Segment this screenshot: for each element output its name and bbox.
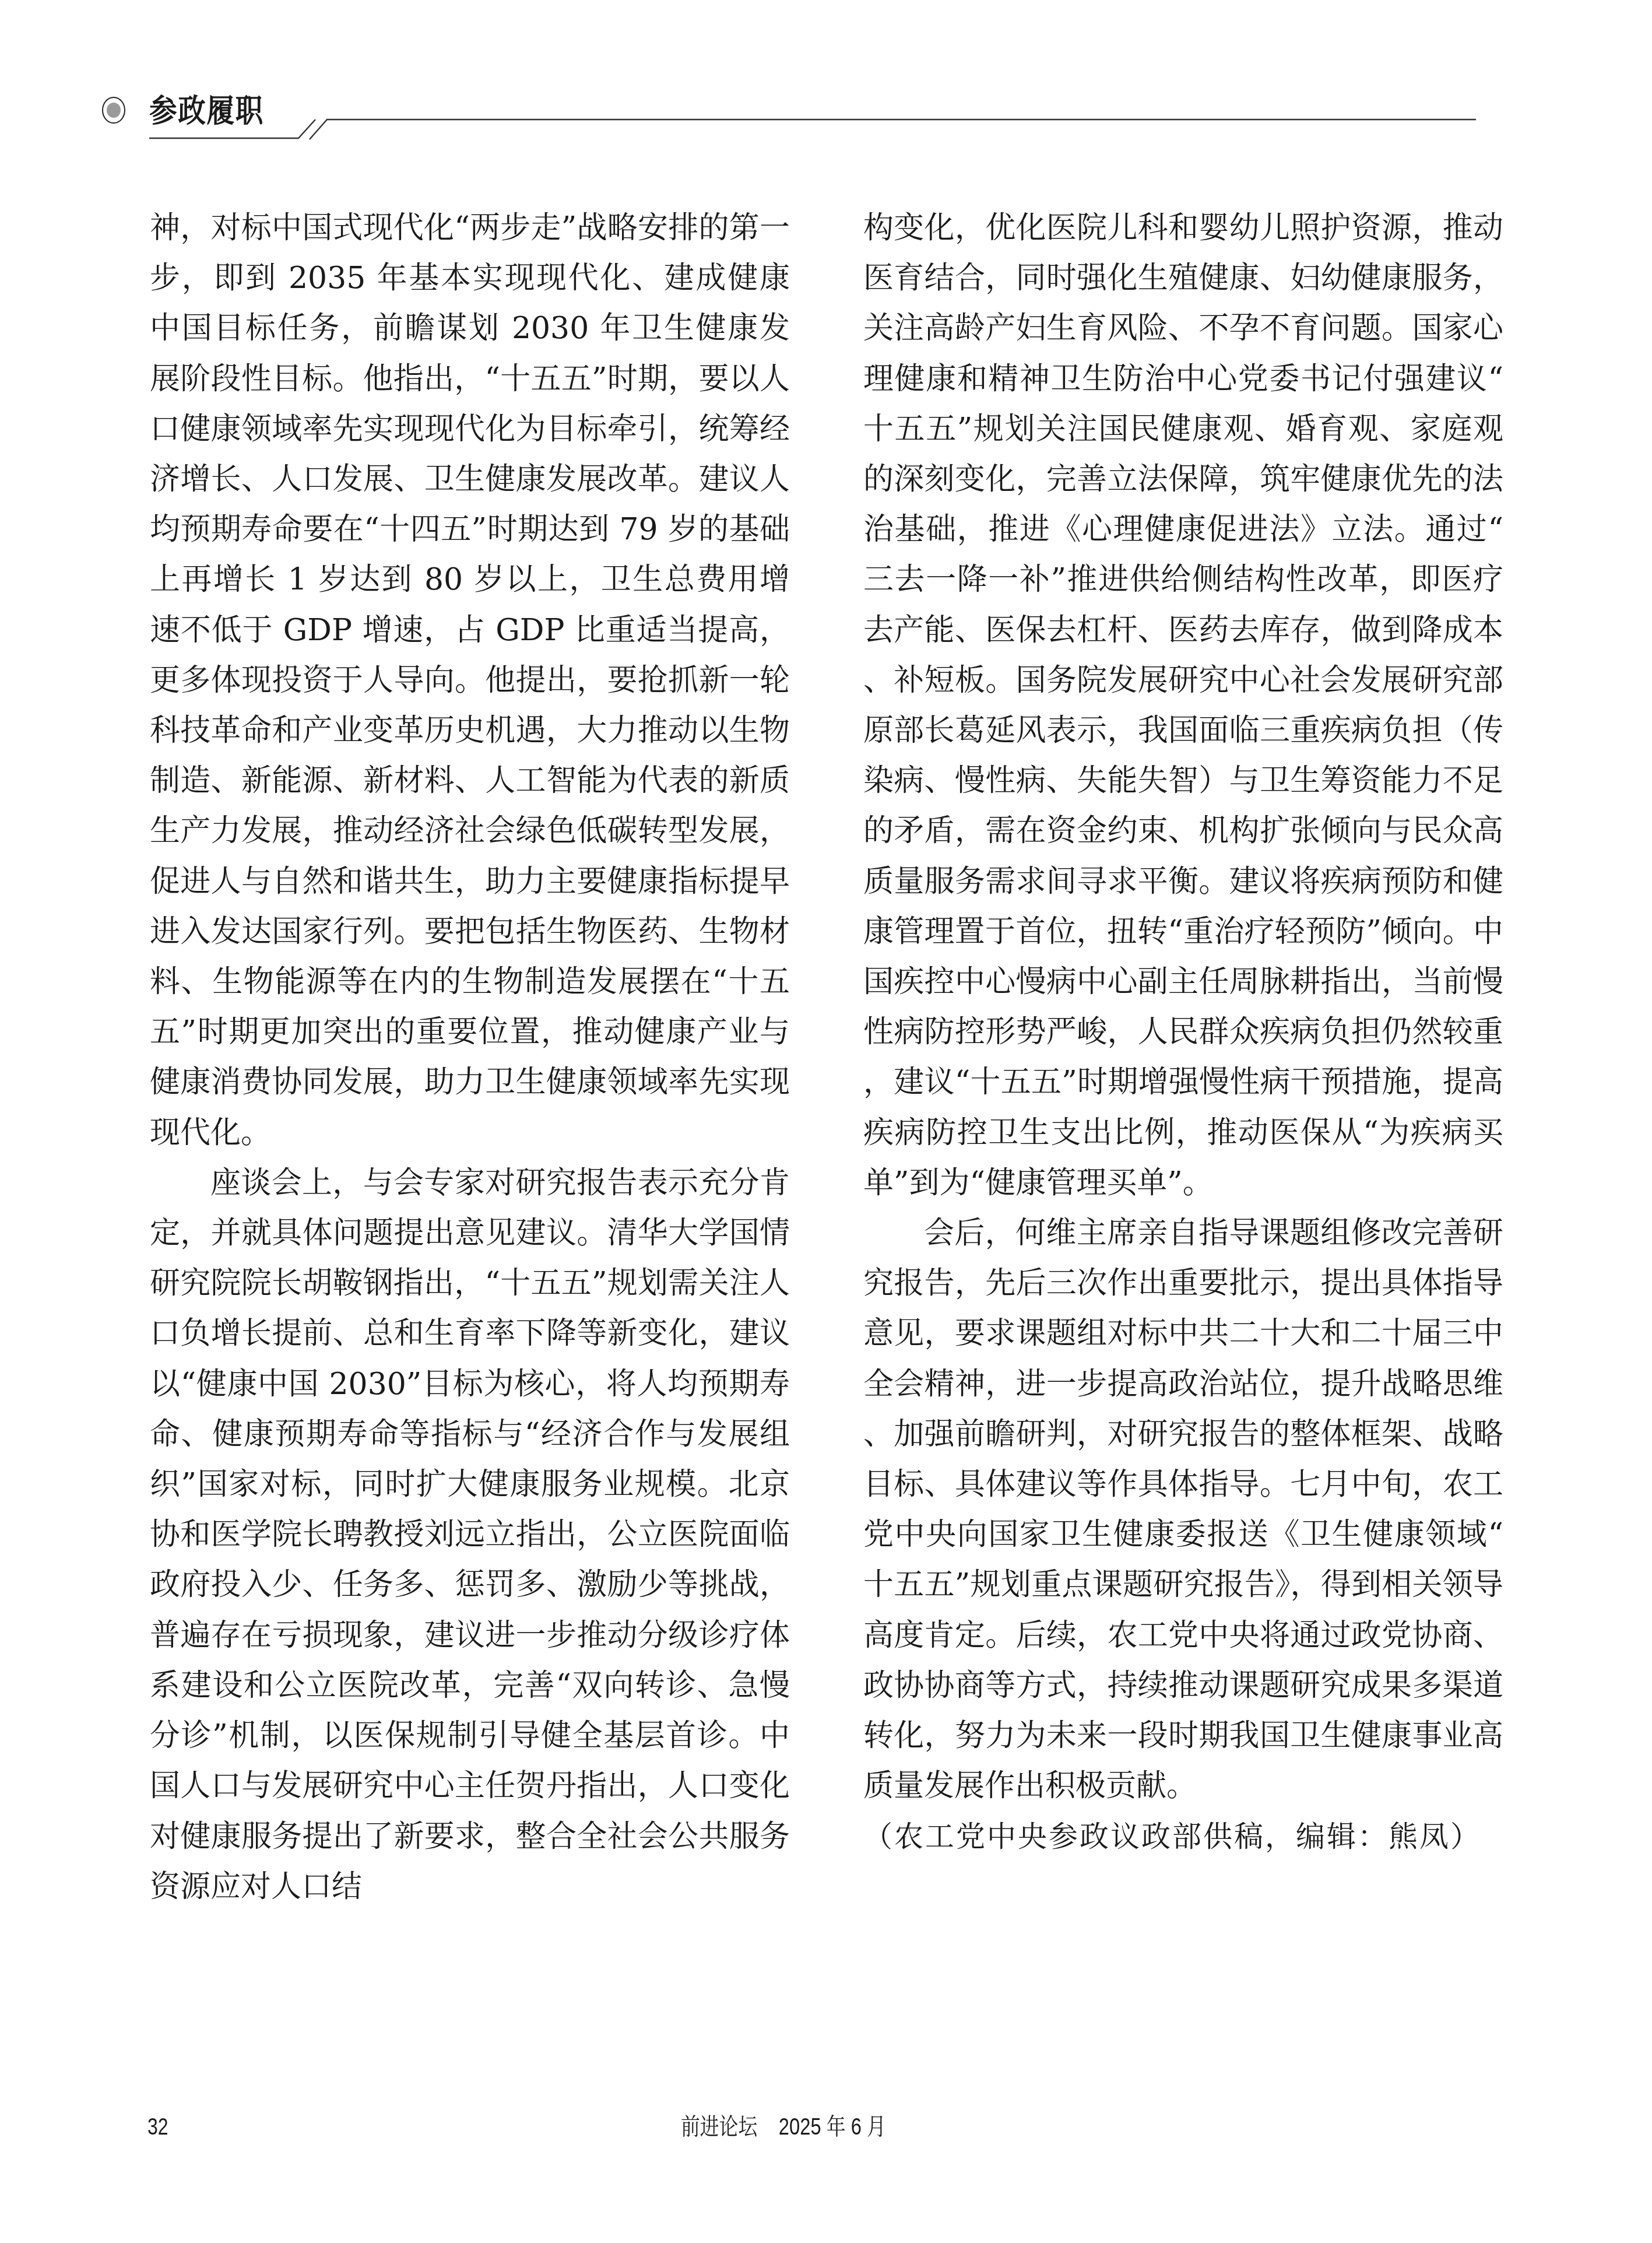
circle-dot-icon [103, 97, 125, 123]
header-rule [149, 120, 1476, 139]
journal-name: 前进论坛 [681, 2114, 757, 2140]
paragraph: 座谈会上，与会专家对研究报告表示充分肯定，并就具体问题提出意见建议。清华大学国情… [150, 1158, 790, 1912]
article-column-left: 神，对标中国式现代化“两步走”战略安排的第一步，即到 2035 年基本实现现代化… [150, 203, 790, 1912]
article-column-right: 构变化，优化医院儿科和婴幼儿照护资源，推动医育结合，同时强化生殖健康、妇幼健康服… [863, 203, 1503, 1862]
paragraph: 神，对标中国式现代化“两步走”战略安排的第一步，即到 2035 年基本实现现代化… [150, 203, 790, 1158]
journal-info: 前进论坛 2025 年 6 月 [681, 2109, 886, 2144]
section-header: 参政履职 [0, 0, 1652, 163]
page-footer: 32 前进论坛 2025 年 6 月 [0, 2109, 1652, 2144]
article-credit: （农工党中央参政议政部供稿，编辑：熊凤） [863, 1812, 1503, 1862]
page-number: 32 [147, 2109, 168, 2144]
header-rule-graphic [0, 0, 1652, 163]
issue-date: 2025 年 6 月 [779, 2114, 886, 2140]
paragraph: 构变化，优化医院儿科和婴幼儿照护资源，推动医育结合，同时强化生殖健康、妇幼健康服… [863, 203, 1503, 1208]
paragraph: 会后，何维主席亲自指导课题组修改完善研究报告，先后三次作出重要批示，提出具体指导… [863, 1208, 1503, 1811]
section-title: 参政履职 [149, 93, 264, 128]
